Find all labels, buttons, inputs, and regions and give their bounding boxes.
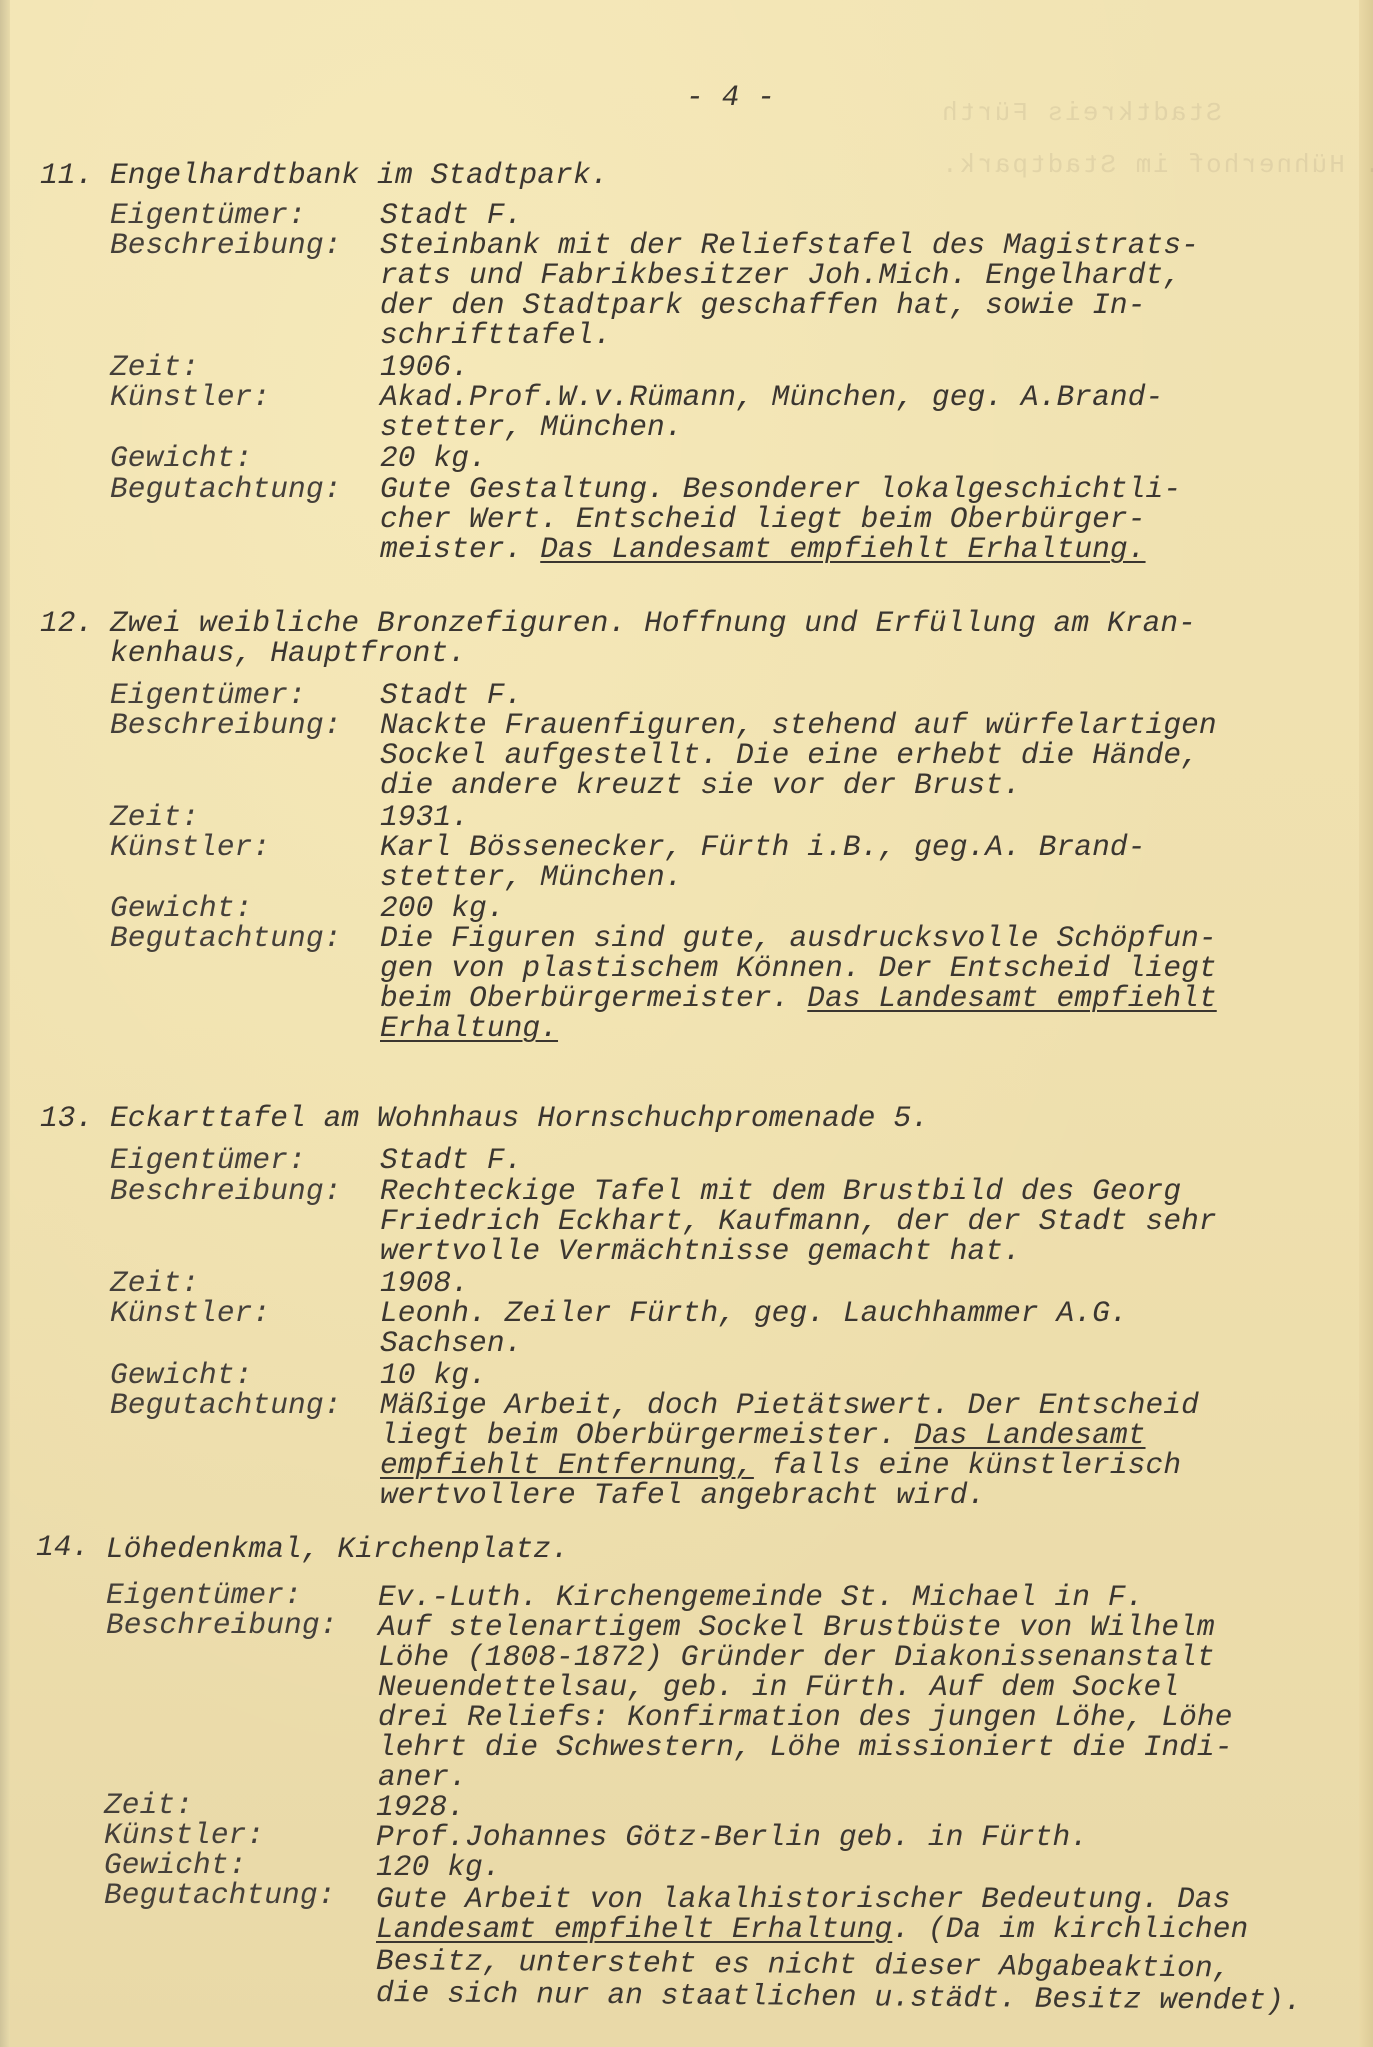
paper-edge-right [1359,0,1373,2047]
label-artist: Künstler: [110,382,270,412]
description-line: Sockel aufgestellt. Die eine erhebt die … [380,740,1199,770]
description-line: aner. [378,1762,467,1792]
artist-value: Prof.Johannes Götz-Berlin geb. in Fürth. [376,1822,1088,1852]
entry-title: Zwei weibliche Bronzefiguren. Hoffnung u… [110,608,1196,638]
artist-line: Sachsen. [380,1328,522,1358]
owner-value: Ev.-Luth. Kirchengemeinde St. Michael in… [378,1582,1144,1612]
assessment-text: falls eine künstlerisch [754,1448,1181,1482]
show-through-line: 7. Hühnerhof im Stadtpark. [940,150,1373,180]
description-line: wertvolle Vermächtnisse gemacht hat. [380,1236,1021,1266]
label-description: Beschreibung: [110,230,341,260]
time-value: 1928. [376,1792,465,1822]
assessment-line: Landesamt empfihelt Erhaltung. (Da im ki… [376,1914,1248,1944]
entry-number: 11. [40,160,93,190]
assessment-line: Erhaltung. [380,1013,558,1043]
description-line: schrifttafel. [380,320,611,350]
entry-title: Engelhardtbank im Stadtpark. [110,160,608,190]
entry-number: 12. [40,608,93,638]
description-line: lehrt die Schwestern, Löhe missioniert d… [378,1732,1233,1762]
description-line: Friedrich Eckhart, Kaufmann, der der Sta… [380,1206,1217,1236]
assessment-text: meister. [380,532,540,566]
assessment-line: liegt beim Oberbürgermeister. Das Landes… [380,1420,1146,1450]
weight-value: 120 kg. [376,1852,501,1882]
label-assessment: Begutachtung: [104,1880,335,1910]
label-weight: Gewicht: [110,443,252,473]
entry-title: Löhedenkmal, Kirchenplatz. [106,1534,569,1564]
recommendation-underlined: empfiehlt Entfernung, [380,1448,754,1482]
label-assessment: Begutachtung: [110,1390,341,1420]
entry-number: 14. [36,1532,89,1562]
recommendation-underlined: Erhaltung. [380,1011,558,1045]
label-time: Zeit: [110,352,199,382]
label-description: Beschreibung: [106,1610,337,1640]
assessment-text: . (Da im kirchlichen [892,1912,1248,1946]
assessment-line: meister. Das Landesamt empfiehlt Erhaltu… [380,534,1146,564]
page-number: - 4 - [686,82,775,112]
label-owner: Eigentümer: [110,1145,306,1175]
label-owner: Eigentümer: [106,1580,302,1610]
time-value: 1908. [380,1268,469,1298]
label-description: Beschreibung: [110,710,341,740]
label-time: Zeit: [110,1268,199,1298]
description-line: Nackte Frauenfiguren, stehend auf würfel… [380,710,1217,740]
label-weight: Gewicht: [110,893,252,923]
label-artist: Künstler: [110,1298,270,1328]
recommendation-underlined: Landesamt empfihelt Erhaltung [376,1912,892,1946]
assessment-text: beim Oberbürgermeister. [380,981,807,1015]
description-line: Auf stelenartigem Sockel Brustbüste von … [378,1612,1215,1642]
label-assessment: Begutachtung: [110,923,341,953]
description-line: drei Reliefs: Konfirmation des jungen Lö… [378,1702,1233,1732]
label-weight: Gewicht: [110,1360,252,1390]
paper-edge-left [0,0,10,2047]
artist-line: stetter, München. [380,862,683,892]
label-weight: Gewicht: [104,1850,246,1880]
description-line: Steinbank mit der Reliefstafel des Magis… [380,230,1199,260]
recommendation-underlined: Das Landesamt empfiehlt [807,981,1216,1015]
assessment-line: empfiehlt Entfernung, falls eine künstle… [380,1450,1181,1480]
show-through-heading: Stadtkreis Fürth [940,98,1222,128]
assessment-line: beim Oberbürgermeister. Das Landesamt em… [380,983,1217,1013]
entry-number: 13. [40,1103,93,1133]
description-line: Löhe (1808-1872) Gründer der Diakonissen… [378,1642,1215,1672]
label-time: Zeit: [110,802,199,832]
artist-line: stetter, München. [380,412,683,442]
assessment-line: wertvollere Tafel angebracht wird. [380,1480,985,1510]
label-artist: Künstler: [110,832,270,862]
recommendation-underlined: Das Landesamt empfiehlt Erhaltung. [540,532,1145,566]
assessment-text: liegt beim Oberbürgermeister. [380,1418,914,1452]
owner-value: Stadt F. [380,680,522,710]
assessment-line: Gute Arbeit von lakalhistorischer Bedeut… [376,1884,1231,1914]
entry-title: kenhaus, Hauptfront. [110,638,466,668]
description-line: Rechteckige Tafel mit dem Brustbild des … [380,1176,1181,1206]
time-value: 1906. [380,352,469,382]
label-description: Beschreibung: [110,1176,341,1206]
owner-value: Stadt F. [380,1145,522,1175]
assessment-line: gen von plastischem Können. Der Entschei… [380,953,1217,983]
entry-title: Eckarttafel am Wohnhaus Hornschuchpromen… [110,1103,929,1133]
artist-line: Karl Bössenecker, Fürth i.B., geg.A. Bra… [380,832,1146,862]
artist-line: Akad.Prof.W.v.Rümann, München, geg. A.Br… [380,382,1163,412]
assessment-line: die sich nur an staatlichen u.städt. Bes… [376,1978,1302,2016]
assessment-line: Die Figuren sind gute, ausdrucksvolle Sc… [380,923,1217,953]
artist-line: Leonh. Zeiler Fürth, geg. Lauchhammer A.… [380,1298,1128,1328]
weight-value: 20 kg. [380,443,487,473]
weight-value: 10 kg. [380,1360,487,1390]
recommendation-underlined: Das Landesamt [914,1418,1145,1452]
time-value: 1931. [380,802,469,832]
paper-page: Stadtkreis Fürth 7. Hühnerhof im Stadtpa… [0,0,1373,2047]
assessment-line: cher Wert. Entscheid liegt beim Oberbürg… [380,504,1146,534]
label-owner: Eigentümer: [110,200,306,230]
description-line: die andere kreuzt sie vor der Brust. [380,770,1021,800]
description-line: der den Stadtpark geschaffen hat, sowie … [380,290,1146,320]
description-line: Neuendettelsau, geb. in Fürth. Auf dem S… [378,1672,1179,1702]
weight-value: 200 kg. [380,893,505,923]
assessment-line: Mäßige Arbeit, doch Pietätswert. Der Ent… [380,1390,1199,1420]
owner-value: Stadt F. [380,200,522,230]
label-assessment: Begutachtung: [110,474,341,504]
description-line: rats und Fabrikbesitzer Joh.Mich. Engelh… [380,260,1181,290]
label-owner: Eigentümer: [110,680,306,710]
assessment-line: Gute Gestaltung. Besonderer lokalgeschic… [380,474,1181,504]
label-time: Zeit: [104,1790,193,1820]
label-artist: Künstler: [104,1820,264,1850]
